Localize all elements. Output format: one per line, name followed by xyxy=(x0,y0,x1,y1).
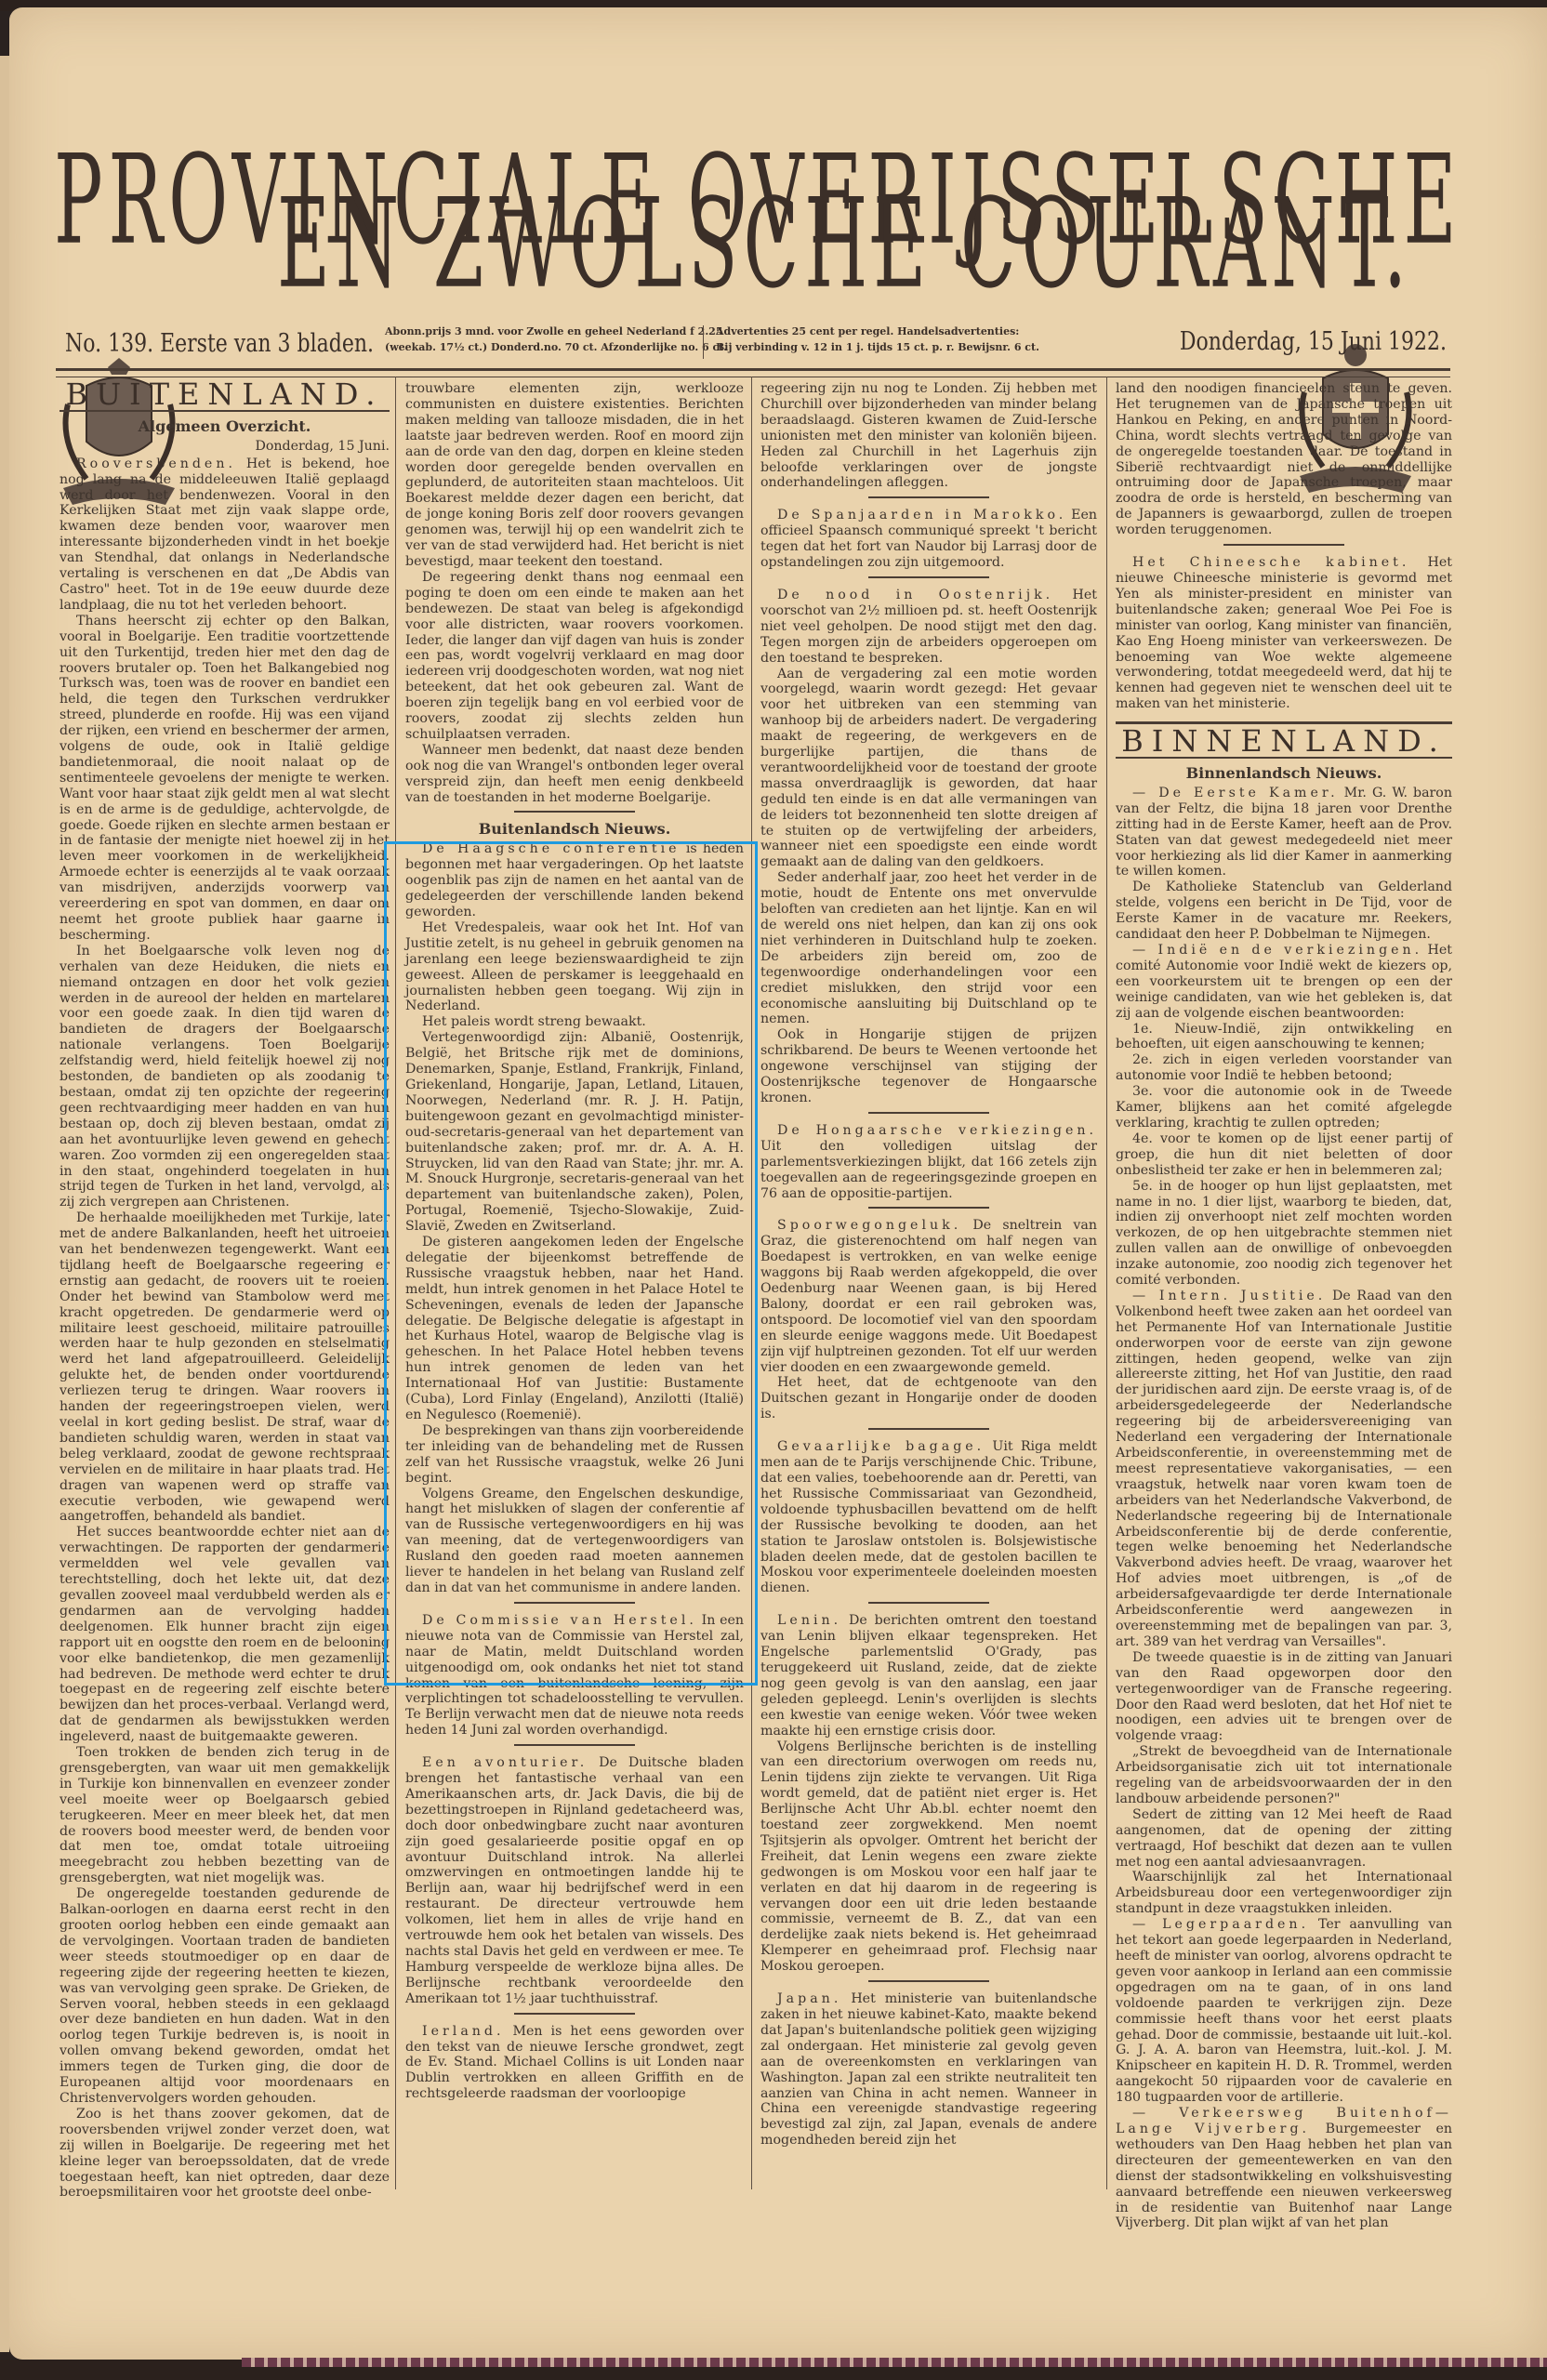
article-lead: — De Eerste Kamer. xyxy=(1132,786,1339,800)
subscription-line-2: (weekab. 17½ ct.) Donderd.no. 70 ct. Afz… xyxy=(385,339,727,355)
paragraph-text: Het is bekend, hoe nog lang na de middel… xyxy=(59,456,390,613)
article-lead: Lenin. xyxy=(777,1613,841,1628)
article-paragraph: Lenin. De berichten omtrent den toestand… xyxy=(760,1613,1097,1739)
article-paragraph: trouwbare elementen zijn, werklooze comm… xyxy=(405,381,744,570)
article-paragraph: Gevaarlijke bagage. Uit Riga meldt men a… xyxy=(760,1439,1097,1596)
masthead-info-line: No. 139. Eerste van 3 bladen. Abonn.prij… xyxy=(54,324,1448,365)
article-separator xyxy=(868,1428,989,1430)
binding-pattern xyxy=(242,2358,1547,2367)
article-paragraph: Wanneer men bedenkt, dat naast deze bend… xyxy=(405,743,744,806)
article-paragraph: land den noodigen financieelen steun te … xyxy=(1116,381,1452,538)
binding-edge xyxy=(0,56,9,2352)
issue-number: No. 139. Eerste van 3 bladen. xyxy=(65,329,374,358)
paragraph-text: Het nieuwe Chineesche ministerie is gevo… xyxy=(1116,555,1452,711)
article-paragraph: De Haagsche conferentie is heden begonne… xyxy=(405,841,744,920)
article-subhead-buitenlandsch-nieuws: Buitenlandsch Nieuws. xyxy=(405,822,744,838)
article-lead: Een avonturier. xyxy=(422,1755,588,1770)
article-lead: Gevaarlijke bagage. xyxy=(777,1439,985,1454)
article-paragraph: regeering zijn nu nog te Londen. Zij heb… xyxy=(760,381,1097,491)
article-paragraph: Seder anderhalf jaar, zoo heet het verde… xyxy=(760,870,1097,1027)
list-item: 5e. in de hooger op hun lijst geplaatste… xyxy=(1116,1179,1452,1289)
article-separator xyxy=(868,496,989,498)
article-paragraph: Sedert de zitting van 12 Mei heeft de Ra… xyxy=(1116,1807,1452,1871)
article-paragraph: De ongeregelde toestanden gedurende de B… xyxy=(59,1886,390,2107)
article-paragraph: Aan de vergadering zal een motie worden … xyxy=(760,667,1097,871)
article-paragraph: Toen trokken de benden zich terug in de … xyxy=(59,1745,390,1886)
column-4: land den noodigen financieelen steun te … xyxy=(1116,381,1452,2231)
article-lead: De Hongaarsche verkiezingen. xyxy=(777,1123,1097,1138)
article-paragraph: De besprekingen van thans zijn voorberei… xyxy=(405,1423,744,1487)
article-lead: De Commissie van Herstel. xyxy=(422,1613,697,1628)
subscription-info: Abonn.prijs 3 mnd. voor Zwolle en geheel… xyxy=(385,324,727,355)
article-paragraph: — Verkeersweg Buitenhof—Lange Vijverberg… xyxy=(1116,2106,1452,2231)
paragraph-text: Uit den volledigen uitslag der parlement… xyxy=(760,1139,1097,1201)
paragraph-text: Het ministerie van buitenlandsche zaken … xyxy=(760,1991,1097,2148)
article-separator xyxy=(868,1207,989,1209)
article-lead: — Legerpaarden. xyxy=(1132,1917,1309,1932)
article-paragraph: Een avonturier. De Duitsche bladen breng… xyxy=(405,1755,744,2007)
issue-date: Donderdag, 15 Juni 1922. xyxy=(1180,327,1447,356)
section-header-buitenland: BUITENLAND. xyxy=(59,387,390,412)
article-separator xyxy=(514,811,635,813)
article-paragraph: — Indië en de verkiezingen. Het comité A… xyxy=(1116,943,1452,1022)
article-separator xyxy=(514,1602,635,1604)
article-paragraph: — Intern. Justitie. De Raad van den Volk… xyxy=(1116,1289,1452,1650)
list-item: 3e. voor die autonomie ook in de Tweede … xyxy=(1116,1084,1452,1131)
article-lead: De Haagsche conferentie xyxy=(422,841,681,856)
dateline: Donderdag, 15 Juni. xyxy=(59,439,390,455)
article-separator xyxy=(868,1602,989,1604)
article-paragraph: Het Vredespaleis, waar ook het Int. Hof … xyxy=(405,920,744,1014)
article-paragraph: Waarschijnlijk zal het Internationaal Ar… xyxy=(1116,1870,1452,1917)
article-paragraph: Ook in Hongarije stijgen de prijzen schr… xyxy=(760,1027,1097,1106)
article-separator xyxy=(868,1112,989,1114)
article-paragraph: De nood in Oostenrijk. Het voorschot van… xyxy=(760,588,1097,667)
article-paragraph: Het heet, dat de echtgenoote van den Dui… xyxy=(760,1375,1097,1422)
column-1: BUITENLAND. Algemeen Overzicht. Donderda… xyxy=(59,381,390,2201)
article-paragraph: De Spanjaarden in Marokko. Een officieel… xyxy=(760,508,1097,571)
article-paragraph: Volgens Berlijnsche berichten is de inst… xyxy=(760,1739,1097,1976)
column-divider xyxy=(751,377,752,2189)
article-paragraph: Ierland. Men is het eens geworden over d… xyxy=(405,2024,744,2103)
list-item: 4e. voor te komen op de lijst eener part… xyxy=(1116,1131,1452,1179)
article-paragraph: — De Eerste Kamer. Mr. G. W. baron van d… xyxy=(1116,786,1452,879)
column-divider xyxy=(1106,377,1107,2189)
masthead-title-line2: EN ZWOLSCHE COURANT. xyxy=(277,174,1412,316)
paragraph-text: Ter aanvulling van het tekort aan goede … xyxy=(1116,1917,1452,2105)
advertising-info: Advertenties 25 cent per regel. Handelsa… xyxy=(716,324,1039,355)
article-paragraph: De herhaalde moeilijkheden met Turkije, … xyxy=(59,1210,390,1525)
column-2: trouwbare elementen zijn, werklooze comm… xyxy=(405,381,744,2102)
article-separator xyxy=(1223,544,1344,546)
article-paragraph: De tweede quaestie is in de zitting van … xyxy=(1116,1650,1452,1744)
paragraph-text: De sneltrein van Graz, die gisterenochte… xyxy=(760,1218,1097,1374)
paragraph-text: Burgemeester en wethouders van Den Haag … xyxy=(1116,2122,1452,2230)
article-paragraph: Thans heerscht zij echter op den Balkan,… xyxy=(59,614,390,944)
section-title: BUITENLAND. xyxy=(59,387,390,403)
ads-line-2: Bij verbinding v. 12 in 1 j. tijds 15 ct… xyxy=(716,339,1039,355)
article-lead: — Indië en de verkiezingen. xyxy=(1132,943,1422,958)
section-header-binnenland: BINNENLAND. xyxy=(1116,721,1452,759)
article-paragraph: In het Boelgaarsche volk leven nog de ve… xyxy=(59,944,390,1210)
article-paragraph: — Legerpaarden. Ter aanvulling van het t… xyxy=(1116,1917,1452,2106)
article-lead: — Intern. Justitie. xyxy=(1132,1289,1326,1303)
article-lead: Ierland. xyxy=(422,2024,505,2039)
article-paragraph: De regeering denkt thans nog eenmaal een… xyxy=(405,570,744,743)
article-paragraph: De Commissie van Herstel. In een nieuwe … xyxy=(405,1613,744,1739)
paragraph-text: De berichten omtrent den toestand van Le… xyxy=(760,1613,1097,1738)
article-paragraph: Het Chineesche kabinet. Het nieuwe Chine… xyxy=(1116,555,1452,712)
article-paragraph: De gisteren aangekomen leden der Engelsc… xyxy=(405,1235,744,1423)
article-subhead: Binnenlandsch Nieuws. xyxy=(1116,766,1452,782)
article-paragraph: Zoo is het thans zoover gekomen, dat de … xyxy=(59,2107,390,2201)
paragraph-text: De Duitsche bladen brengen het fantastis… xyxy=(405,1755,744,2006)
column-divider xyxy=(395,377,396,2189)
article-lead: Spoorwegongeluk. xyxy=(777,1218,961,1233)
section-title: BINNENLAND. xyxy=(1116,734,1452,749)
article-paragraph: De Hongaarsche verkiezingen. Uit den vol… xyxy=(760,1123,1097,1202)
ads-line-1: Advertenties 25 cent per regel. Handelsa… xyxy=(716,324,1039,339)
article-lead: Rooversbenden. xyxy=(76,456,236,471)
list-item: 2e. zich in eigen verleden voorstander v… xyxy=(1116,1052,1452,1084)
article-separator xyxy=(514,1744,635,1746)
article-paragraph: Spoorwegongeluk. De sneltrein van Graz, … xyxy=(760,1218,1097,1375)
article-paragraph: De Katholieke Statenclub van Gelderland … xyxy=(1116,879,1452,943)
list-item: 1e. Nieuw-Indië, zijn ontwikkeling en be… xyxy=(1116,1022,1452,1053)
article-paragraph: Het paleis wordt streng bewaakt. xyxy=(405,1014,744,1030)
paragraph-text: De Raad van den Volkenbond heeft twee za… xyxy=(1116,1289,1452,1649)
article-paragraph: Het succes beantwoordde echter niet aan … xyxy=(59,1525,390,1745)
article-paragraph: Volgens Greame, den Engelschen deskundig… xyxy=(405,1487,744,1596)
article-paragraph: Japan. Het ministerie van buitenlandsche… xyxy=(760,1991,1097,2149)
paragraph-text: Uit Riga meldt men aan de te Parijs vers… xyxy=(760,1439,1097,1595)
column-3: regeering zijn nu nog te Londen. Zij heb… xyxy=(760,381,1097,2149)
article-lead: Het Chineesche kabinet. xyxy=(1132,555,1409,570)
article-separator xyxy=(514,2013,635,2015)
article-paragraph: Vertegenwoordigd zijn: Albanië, Oostenri… xyxy=(405,1030,744,1235)
article-subhead: Algemeen Overzicht. xyxy=(59,419,390,435)
article-lead: Japan. xyxy=(777,1991,841,2006)
article-separator xyxy=(868,1980,989,1982)
info-divider xyxy=(703,325,704,359)
subscription-line-1: Abonn.prijs 3 mnd. voor Zwolle en geheel… xyxy=(385,324,727,339)
paragraph-text: In een nieuwe nota van de Commissie van … xyxy=(405,1613,744,1738)
article-lead: De nood in Oostenrijk. xyxy=(777,588,1053,602)
article-separator xyxy=(868,576,989,578)
article-paragraph: „Strekt de bevoegdheid van de Internatio… xyxy=(1116,1744,1452,1807)
article-paragraph: Rooversbenden. Het is bekend, hoe nog la… xyxy=(59,456,390,614)
article-lead: De Spanjaarden in Marokko. xyxy=(777,508,1066,522)
